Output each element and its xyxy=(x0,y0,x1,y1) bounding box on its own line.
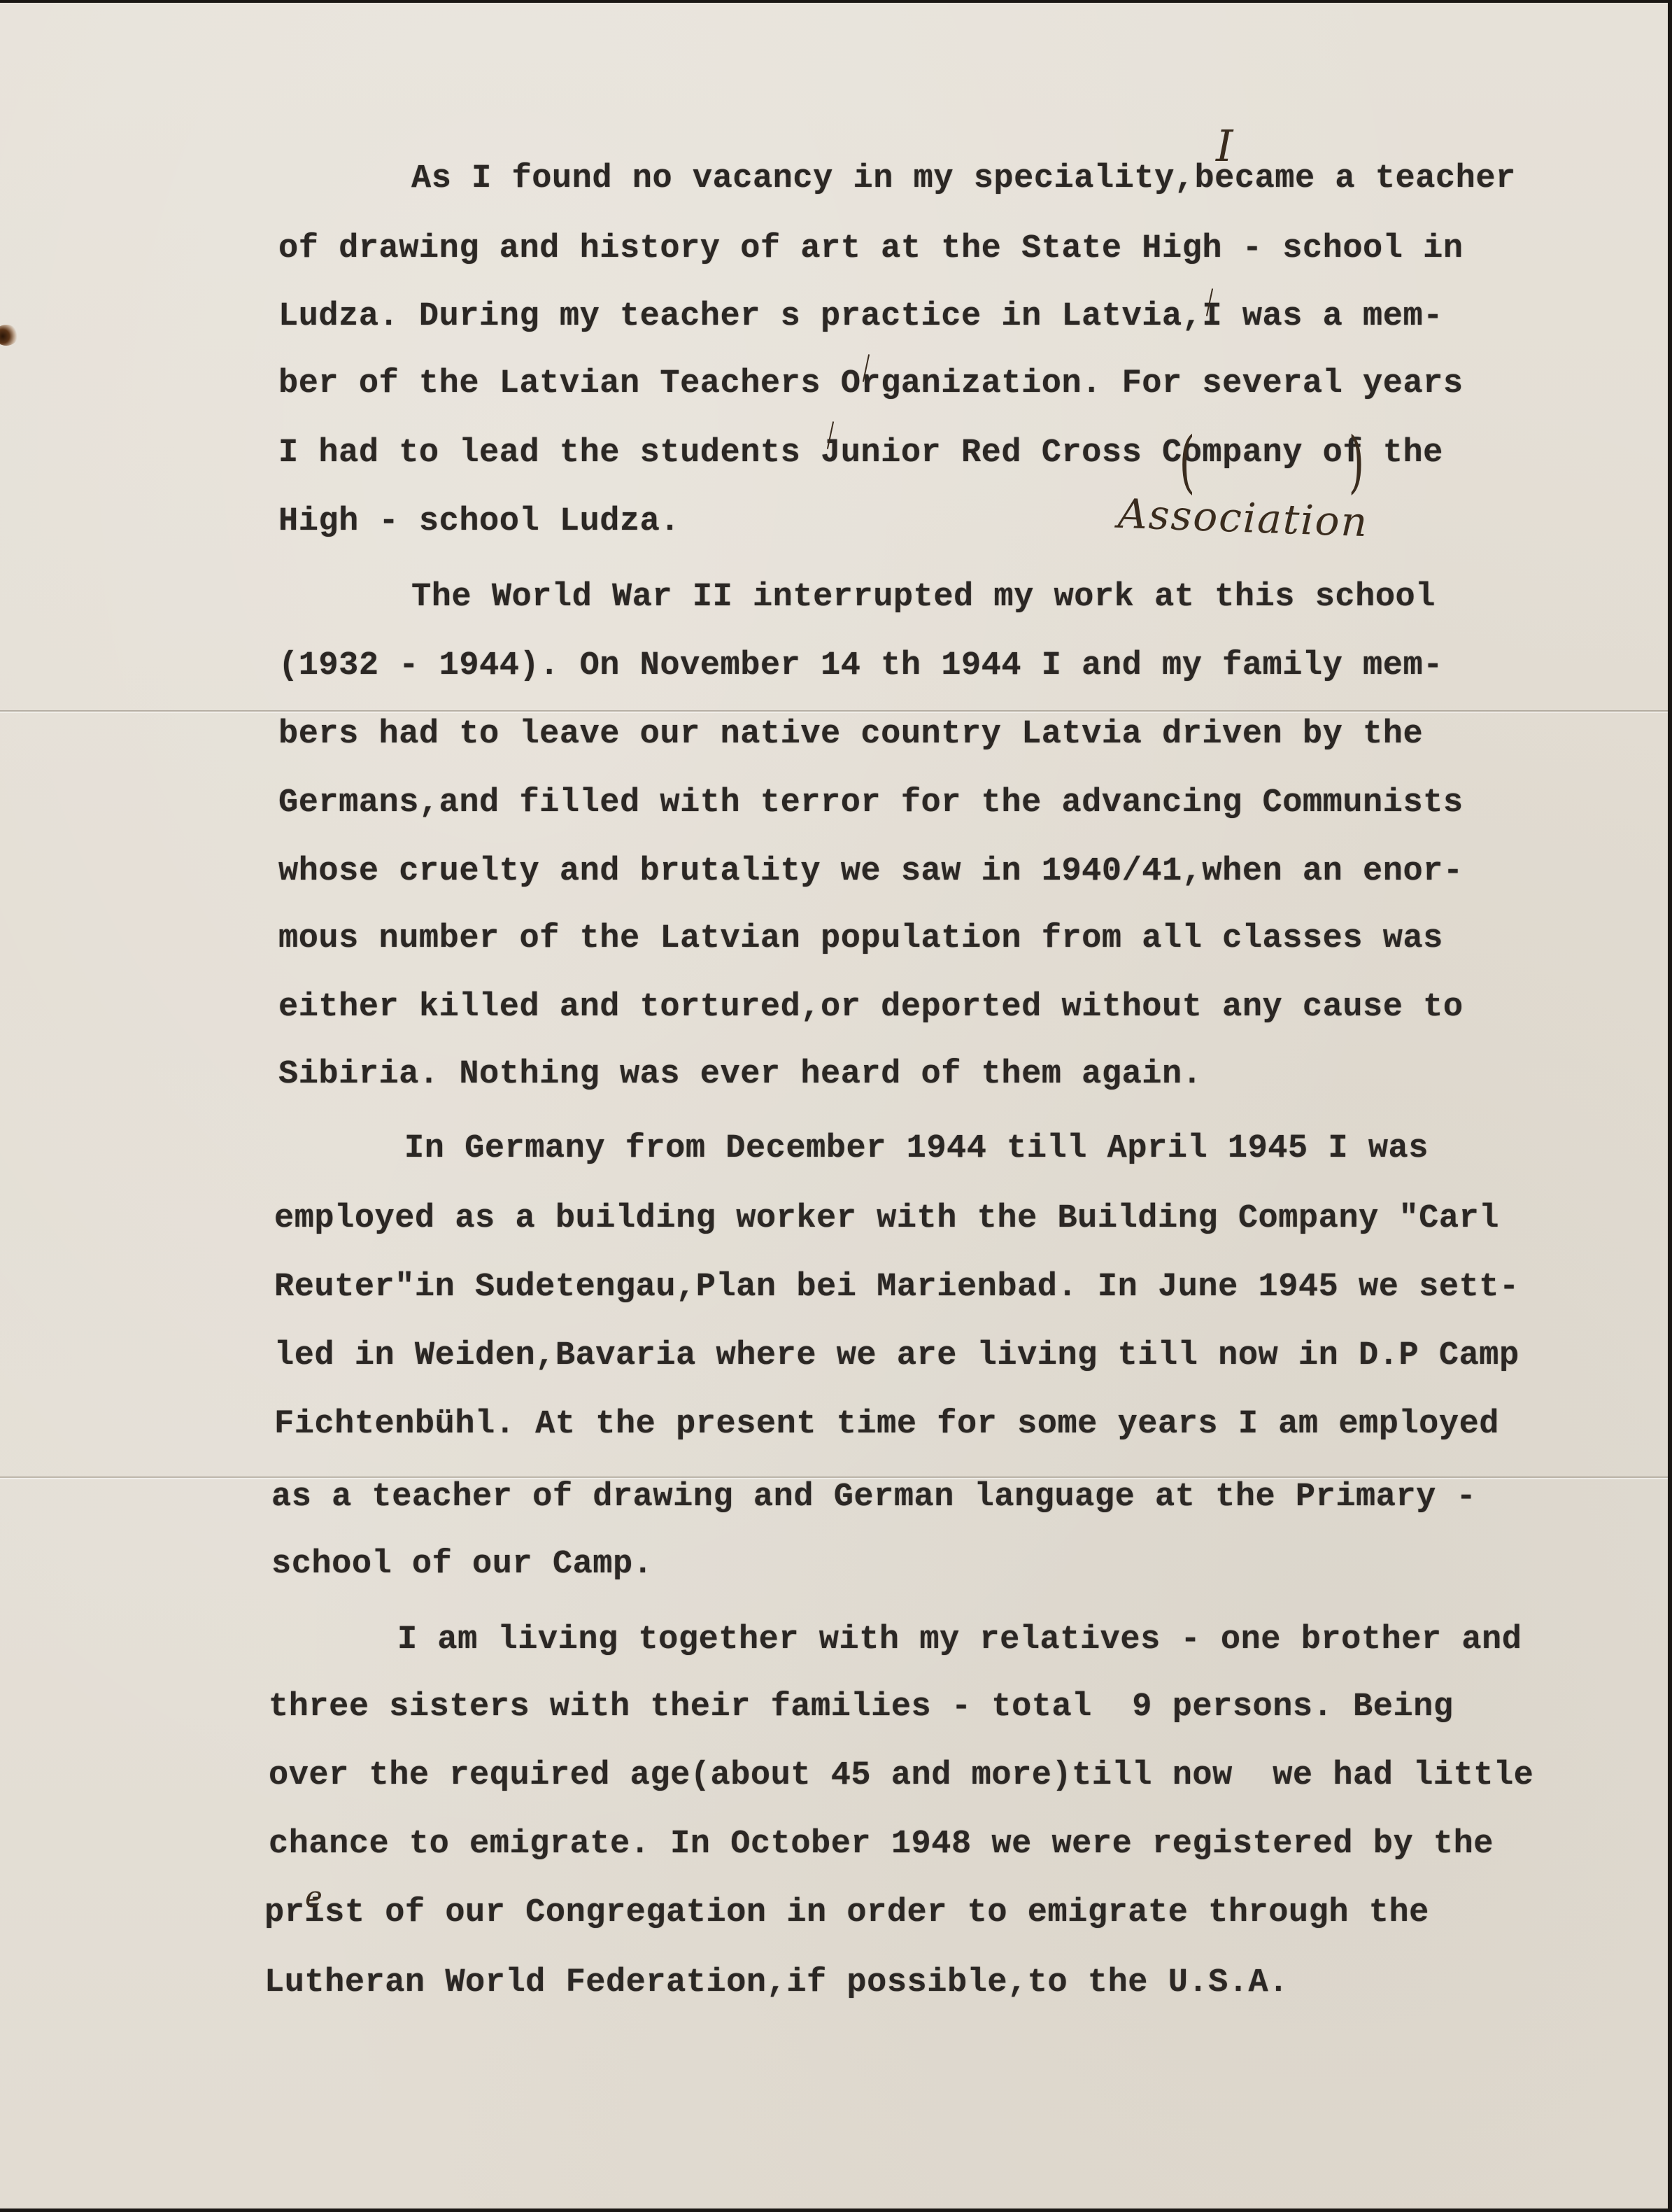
typewritten-body: As I found no vacancy in my speciality,b… xyxy=(0,3,1668,2209)
text-line: I had to lead the students Junior Red Cr… xyxy=(278,437,1443,470)
text-line: over the required age(about 45 and more)… xyxy=(269,1759,1533,1792)
text-line: of drawing and history of art at the Sta… xyxy=(278,232,1464,265)
handwritten-association: Association xyxy=(1117,490,1369,546)
text-line: Ludza. During my teacher s practice in L… xyxy=(278,300,1443,333)
text-line: ber of the Latvian Teachers Organization… xyxy=(278,367,1464,400)
text-line: In Germany from December 1944 till April… xyxy=(404,1132,1429,1165)
handwritten-insert-i: I xyxy=(1216,120,1233,171)
document-page: As I found no vacancy in my speciality,b… xyxy=(0,3,1668,2209)
text-line: school of our Camp. xyxy=(271,1548,653,1581)
handwritten-close-paren: ) xyxy=(1349,423,1365,501)
handwritten-open-paren: ( xyxy=(1179,423,1196,501)
text-line: (1932 - 1944). On November 14 th 1944 I … xyxy=(278,649,1443,682)
text-line: Lutheran World Federation,if possible,to… xyxy=(264,1966,1289,1999)
text-line: High - school Ludza. xyxy=(278,505,680,538)
text-line: either killed and tortured,or deported w… xyxy=(278,991,1464,1024)
text-line: prist of our Congregation in order to em… xyxy=(264,1896,1429,1929)
text-line: Sibiria. Nothing was ever heard of them … xyxy=(278,1058,1202,1091)
handwritten-e-correction: e xyxy=(305,1880,323,1914)
text-line: bers had to leave our native country Lat… xyxy=(278,718,1423,751)
text-line: led in Weiden,Bavaria where we are livin… xyxy=(274,1339,1519,1372)
text-line: mous number of the Latvian population fr… xyxy=(278,922,1443,955)
text-line: Reuter"in Sudetengau,Plan bei Marienbad.… xyxy=(274,1271,1519,1304)
text-line: chance to emigrate. In October 1948 we w… xyxy=(269,1828,1494,1861)
text-line: as a teacher of drawing and German langu… xyxy=(271,1481,1476,1514)
text-line: Germans,and filled with terror for the a… xyxy=(278,787,1464,819)
text-line: As I found no vacancy in my speciality,b… xyxy=(411,162,1516,195)
text-line: whose cruelty and brutality we saw in 19… xyxy=(278,855,1464,888)
text-line: employed as a building worker with the B… xyxy=(274,1202,1499,1235)
text-line: I am living together with my relatives -… xyxy=(397,1623,1522,1656)
text-line: three sisters with their families - tota… xyxy=(269,1691,1454,1724)
text-line: The World War II interrupted my work at … xyxy=(411,581,1436,614)
text-line: Fichtenbühl. At the present time for som… xyxy=(274,1408,1499,1441)
